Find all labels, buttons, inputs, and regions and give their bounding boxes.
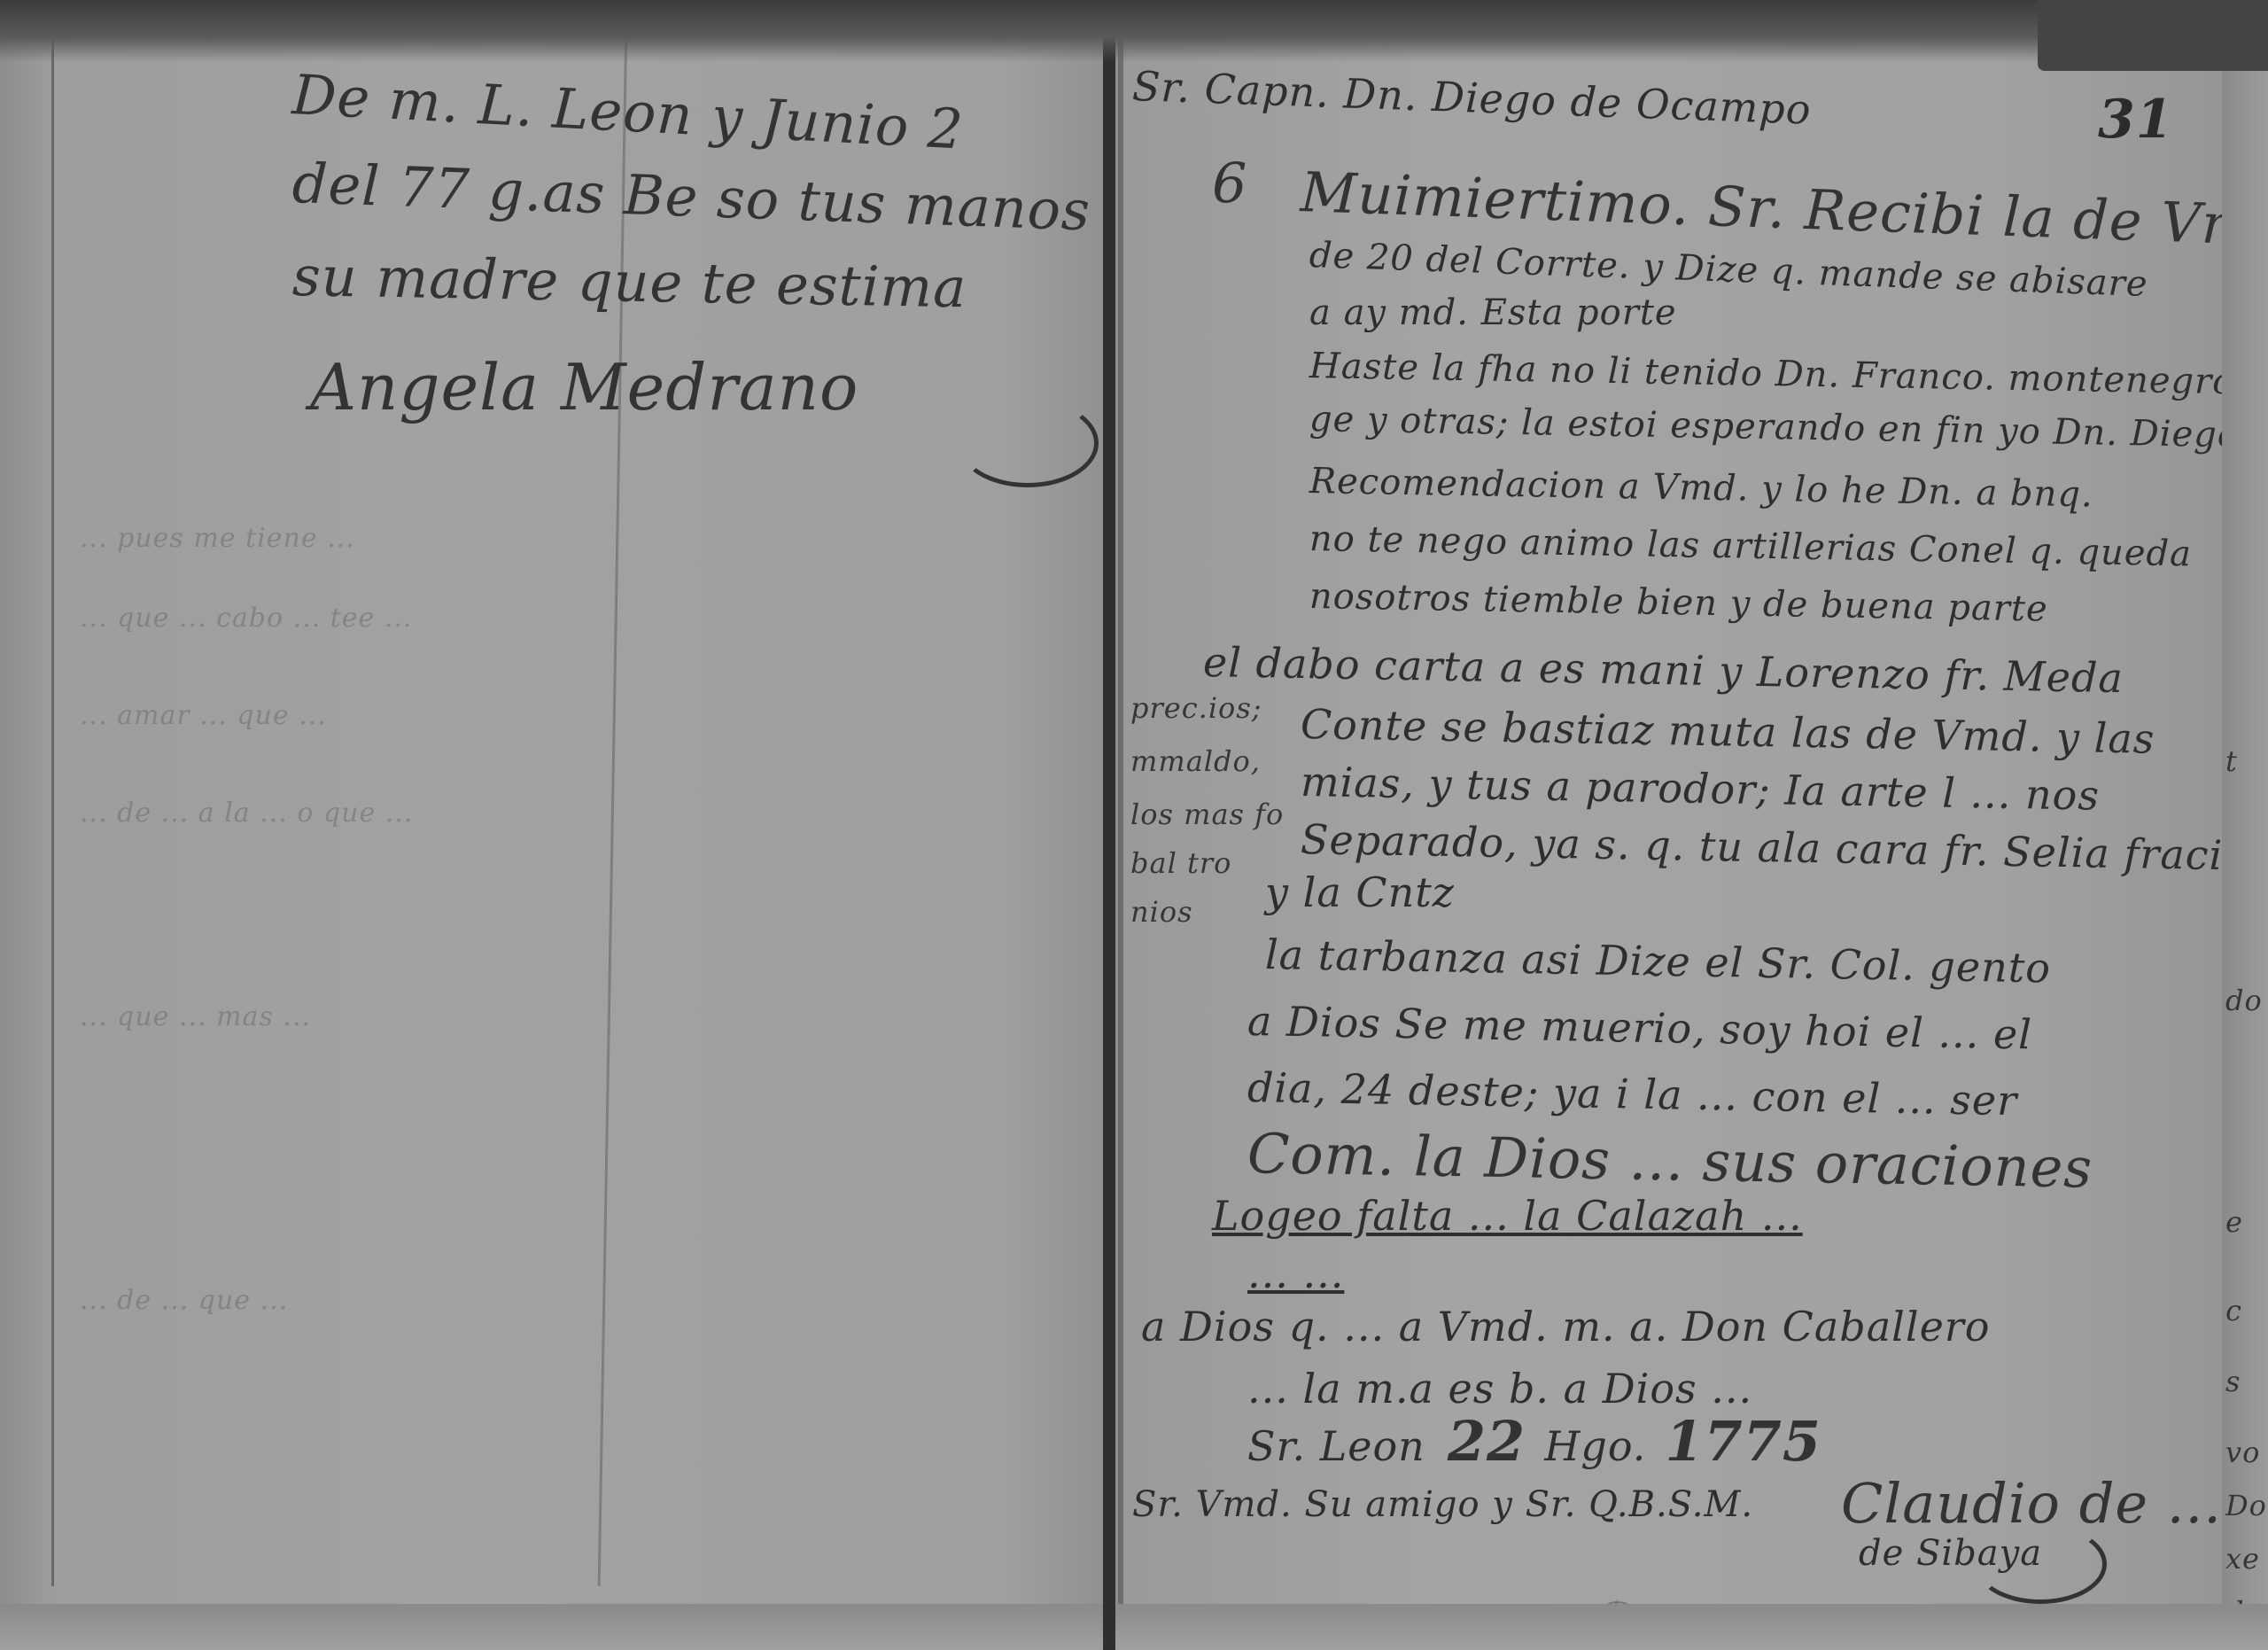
body-line-underlined: Logeo falta ... la Calazah ... (1212, 1192, 1803, 1240)
edge-fragment: vo (2225, 1436, 2260, 1469)
bleedthrough-line: ... que ... cabo ... tee ... (80, 603, 412, 634)
body-line: nosotros tiemble bien y de buena parte (1309, 576, 2048, 630)
signature-flourish (957, 399, 1099, 487)
body-line: dia, 24 deste; ya i la ... con el ... se… (1247, 1063, 2018, 1125)
next-page-edge: t do e c s vo Do xe do (2222, 53, 2268, 1648)
body-line: Haste la fha no li tenido Dn. Franco. mo… (1309, 346, 2222, 402)
body-line: mias, y tus a parodor; Ia arte l ... nos (1301, 758, 2101, 820)
edge-fragment: Do (2225, 1489, 2267, 1522)
bleedthrough-line: ... amar ... que ... (80, 700, 327, 731)
edge-fragment: c (2225, 1294, 2242, 1327)
letter-header: Sr. Capn. Dn. Diego de Ocampo (1131, 62, 1812, 134)
body-line-underlined: ... ... (1247, 1249, 1344, 1297)
body-line: ge y otras; la estoi esperando en fin yo… (1309, 399, 2222, 455)
folio-number: 31 (2098, 89, 2174, 151)
right-page: Sr. Capn. Dn. Diego de Ocampo 31 6 Muimi… (1123, 27, 2222, 1622)
date-line: Sr. Leon 22 Hgo. 1775 (1247, 1409, 1821, 1474)
date-month: Hgo. (1544, 1422, 1646, 1470)
photo-corner-shadow (2038, 0, 2268, 71)
margin-note: mmaldo, (1130, 744, 1261, 778)
left-line-2: del 77 g.as Be so tus manos (291, 151, 1091, 243)
body-line: la tarbanza asi Dize el Sr. Col. gento (1265, 930, 2052, 992)
edge-fragment: t (2225, 744, 2238, 778)
body-line: Conte se bastiaz muta las de Vmd. y las (1301, 700, 2155, 763)
bleedthrough-line: ... pues me tiene ... (80, 523, 355, 554)
photo-top-shadow (0, 0, 2268, 62)
body-line: Recomendacion a Vmd. y lo he Dn. a bnq. (1309, 461, 2093, 515)
body-line: a ay md. Esta porte (1309, 292, 1677, 333)
body-line: Com. la Dios ... sus oraciones (1247, 1121, 2093, 1201)
edge-fragment: s (2225, 1365, 2241, 1398)
bleedthrough-line: ... de ... a la ... o que ... (80, 798, 413, 829)
signature-flourish (1974, 1524, 2107, 1604)
bleedthrough-line: ... de ... que ... (80, 1285, 288, 1316)
closing-salutation: Sr. Vmd. Su amigo y Sr. Q.B.S.M. (1132, 1484, 1753, 1525)
left-page: De m. L. Leon y Junio 2 del 77 g.as Be s… (0, 27, 1118, 1622)
margin-number: 6 (1212, 151, 1247, 215)
edge-fragment: e (2225, 1205, 2243, 1239)
closing-line: a Dios q. ... a Vmd. m. a. Don Caballero (1141, 1303, 1991, 1350)
left-line-3: su madre que te estima (291, 244, 967, 320)
photo-bottom-edge (0, 1604, 2268, 1650)
margin-note: prec.ios; (1130, 691, 1262, 725)
body-line: no te nego animo las artillerias Conel q… (1309, 518, 2193, 574)
edge-fragment: xe (2225, 1542, 2260, 1576)
margin-note: bal tro (1130, 846, 1231, 880)
signature-angela-medrano: Angela Medrano (310, 350, 858, 424)
date-place: Sr. Leon (1247, 1422, 1425, 1470)
left-line-1: De m. L. Leon y Junio 2 (291, 62, 965, 162)
left-margin-rule (51, 27, 54, 1586)
body-line: a Dios Se me muerio, soy hoi el ... el (1247, 997, 2033, 1058)
closing-line: ... la m.a es b. a Dios ... (1247, 1365, 1752, 1413)
date-year: 1775 (1665, 1409, 1821, 1474)
margin-note: nios (1130, 895, 1193, 929)
body-line: el dabo carta a es mani y Lorenzo fr. Me… (1203, 638, 2124, 702)
bleedthrough-line: ... que ... mas ... (80, 1001, 311, 1032)
book-gutter (1103, 18, 1115, 1650)
body-line: y la Cntz (1265, 868, 1455, 916)
edge-fragment: do (2225, 984, 2263, 1017)
date-day: 22 (1448, 1409, 1526, 1474)
margin-note: los mas fo (1130, 798, 1284, 831)
